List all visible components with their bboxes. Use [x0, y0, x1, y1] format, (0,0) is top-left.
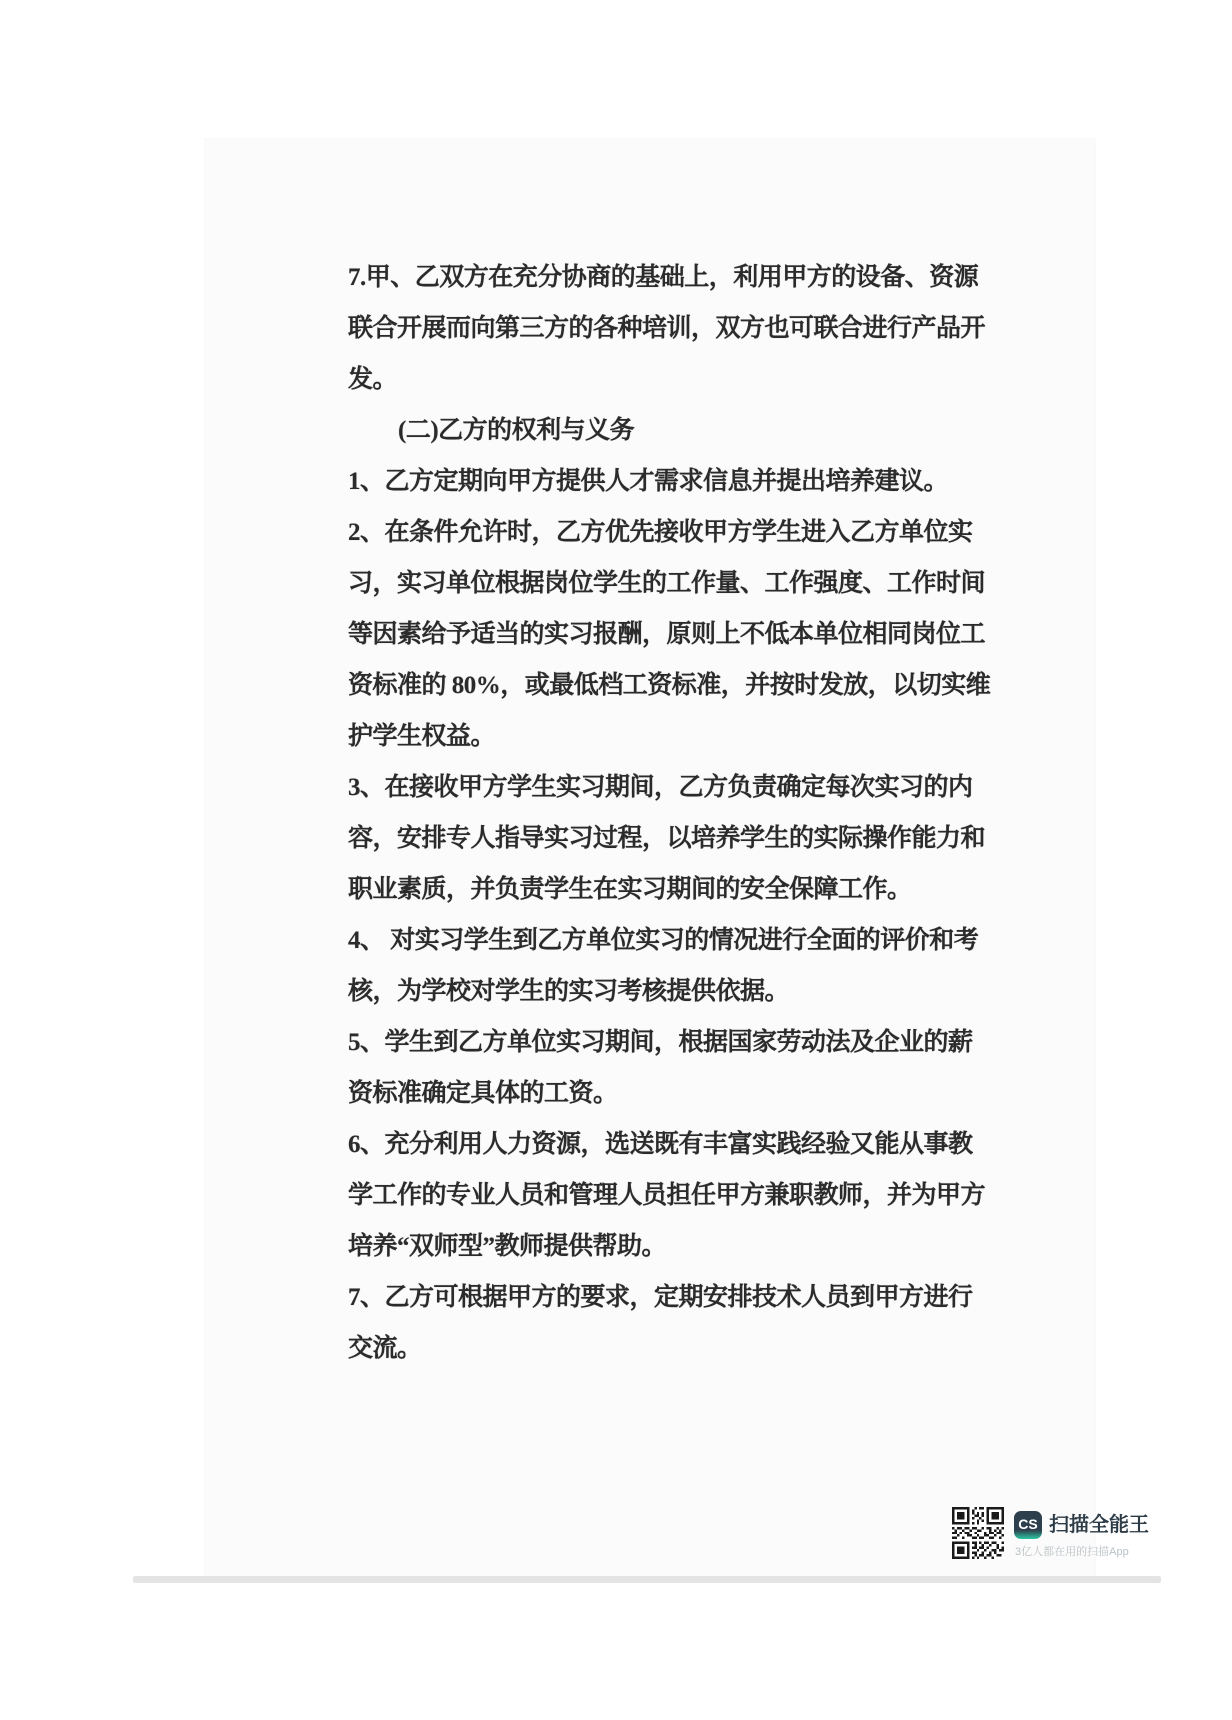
document-line: 1、乙方定期向甲方提供人才需求信息并提出培养建议。	[348, 456, 992, 507]
document-line: 容，安排专人指导实习过程，以培养学生的实际操作能力和	[348, 813, 992, 864]
document-line: 培养“双师型”教师提供帮助。	[348, 1221, 992, 1272]
camscanner-logo-icon: CS	[1014, 1511, 1042, 1539]
document-line: 核，为学校对学生的实习考核提供依据。	[348, 966, 992, 1017]
document-line: 7、乙方可根据甲方的要求，定期安排技术人员到甲方进行	[348, 1272, 992, 1323]
document-line: 2、在条件允许时，乙方优先接收甲方学生进入乙方单位实	[348, 507, 992, 558]
camscanner-app-name: 扫描全能王	[1049, 1513, 1209, 1537]
document-line: 等因素给予适当的实习报酬，原则上不低本单位相同岗位工	[348, 609, 992, 660]
document-line: 习，实习单位根据岗位学生的工作量、工作强度、工作时间	[348, 558, 992, 609]
camscanner-tagline: 3亿人都在用的扫描App	[1015, 1546, 1215, 1559]
document-line: 3、在接收甲方学生实习期间，乙方负责确定每次实习的内	[348, 762, 992, 813]
document-line: 职业素质，并负责学生在实习期间的安全保障工作。	[348, 864, 992, 915]
document-body: 7.甲、乙双方在充分协商的基础上，利用甲方的设备、资源 联合开展而向第三方的各种…	[348, 252, 992, 1374]
qr-code	[952, 1506, 1004, 1560]
document-line: 7.甲、乙双方在充分协商的基础上，利用甲方的设备、资源	[348, 252, 992, 303]
document-line: 4、 对实习学生到乙方单位实习的情况进行全面的评价和考	[348, 915, 992, 966]
document-line: 交流。	[348, 1323, 992, 1374]
camscanner-document-view: 7.甲、乙双方在充分协商的基础上，利用甲方的设备、资源 联合开展而向第三方的各种…	[0, 0, 1232, 1720]
document-line: 6、充分利用人力资源，选送既有丰富实践经验又能从事教	[348, 1119, 992, 1170]
document-line: 护学生权益。	[348, 711, 992, 762]
section-heading: (二)乙方的权利与义务	[348, 405, 992, 456]
document-line: 资标准确定具体的工资。	[348, 1068, 992, 1119]
page-bottom-divider	[133, 1576, 1161, 1583]
document-line: 5、学生到乙方单位实习期间，根据国家劳动法及企业的薪	[348, 1017, 992, 1068]
document-line: 发。	[348, 354, 992, 405]
document-line: 联合开展而向第三方的各种培训，双方也可联合进行产品开	[348, 303, 992, 354]
document-line: 资标准的 80%，或最低档工资标准，并按时发放，以切实维	[348, 660, 992, 711]
document-line: 学工作的专业人员和管理人员担任甲方兼职教师，并为甲方	[348, 1170, 992, 1221]
